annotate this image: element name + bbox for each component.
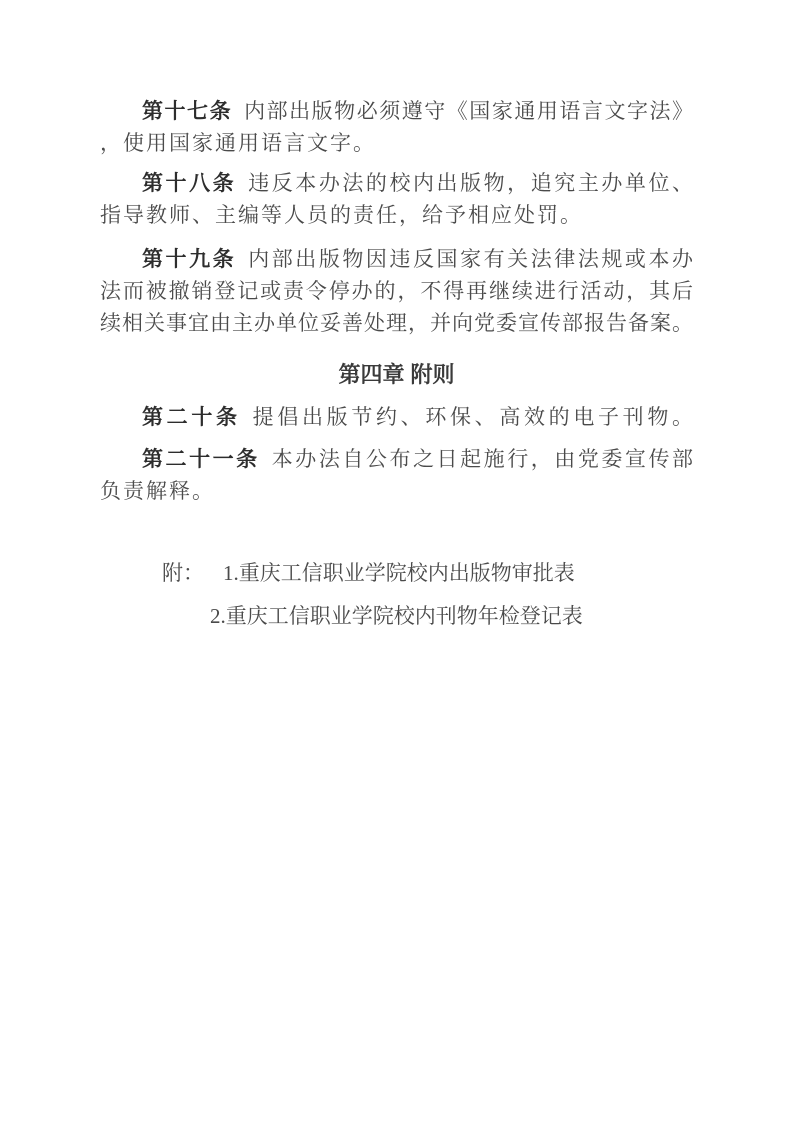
article-17-line-2: ，使用国家通用语言文字。 [100, 127, 693, 159]
article-20-line-1: 第二十条提倡出版节约、环保、高效的电子刊物。 [100, 401, 693, 433]
article-18-text: 违反本办法的校内出版物，追究主办单位、 [248, 171, 693, 195]
article-20-label: 第二十条 [142, 405, 241, 429]
attachment-item-1: 1.重庆工信职业学院校内出版物审批表 [223, 561, 575, 585]
attachment-line-1: 附：1.重庆工信职业学院校内出版物审批表 [100, 557, 693, 589]
attachments-label: 附： [162, 561, 204, 585]
article-19-paragraph: 第十九条内部出版物因违反国家有关法律法规或本办 法而被撤销登记或责令停办的，不得… [100, 243, 693, 339]
article-20-text: 提倡出版节约、环保、高效的电子刊物。 [253, 405, 693, 429]
article-18-paragraph: 第十八条违反本办法的校内出版物，追究主办单位、 指导教师、主编等人员的责任，给予… [100, 167, 693, 231]
article-17-paragraph: 第十七条内部出版物必须遵守《国家通用语言文字法》 ，使用国家通用语言文字。 [100, 95, 693, 159]
document-content: 第十七条内部出版物必须遵守《国家通用语言文字法》 ，使用国家通用语言文字。 第十… [100, 0, 693, 632]
article-20-paragraph: 第二十条提倡出版节约、环保、高效的电子刊物。 [100, 401, 693, 433]
article-18-line-2: 指导教师、主编等人员的责任，给予相应处罚。 [100, 199, 693, 231]
article-17-label: 第十七条 [142, 99, 232, 123]
article-19-line-3: 续相关事宜由主办单位妥善处理，并向党委宣传部报告备案。 [100, 307, 693, 339]
article-19-line-1: 第十九条内部出版物因违反国家有关法律法规或本办 [100, 243, 693, 275]
article-17-line-1: 第十七条内部出版物必须遵守《国家通用语言文字法》 [100, 95, 693, 127]
article-21-text: 本办法自公布之日起施行，由党委宣传部 [272, 447, 693, 471]
article-19-text: 内部出版物因违反国家有关法律法规或本办 [248, 247, 693, 271]
article-21-paragraph: 第二十一条本办法自公布之日起施行，由党委宣传部 负责解释。 [100, 443, 693, 507]
article-18-label: 第十八条 [142, 171, 236, 195]
article-19-line-2: 法而被撤销登记或责令停办的，不得再继续进行活动，其后 [100, 275, 693, 307]
attachment-line-2: 2.重庆工信职业学院校内刊物年检登记表 [100, 600, 693, 632]
article-21-line-2: 负责解释。 [100, 475, 693, 507]
article-17-text: 内部出版物必须遵守《国家通用语言文字法》 [244, 99, 693, 123]
document-page: 第十七条内部出版物必须遵守《国家通用语言文字法》 ，使用国家通用语言文字。 第十… [0, 0, 793, 1122]
chapter-4-heading: 第四章 附则 [100, 359, 693, 391]
article-18-line-1: 第十八条违反本办法的校内出版物，追究主办单位、 [100, 167, 693, 199]
article-19-label: 第十九条 [142, 247, 236, 271]
article-21-line-1: 第二十一条本办法自公布之日起施行，由党委宣传部 [100, 443, 693, 475]
article-21-label: 第二十一条 [142, 447, 260, 471]
attachments-section: 附：1.重庆工信职业学院校内出版物审批表 2.重庆工信职业学院校内刊物年检登记表 [100, 557, 693, 632]
